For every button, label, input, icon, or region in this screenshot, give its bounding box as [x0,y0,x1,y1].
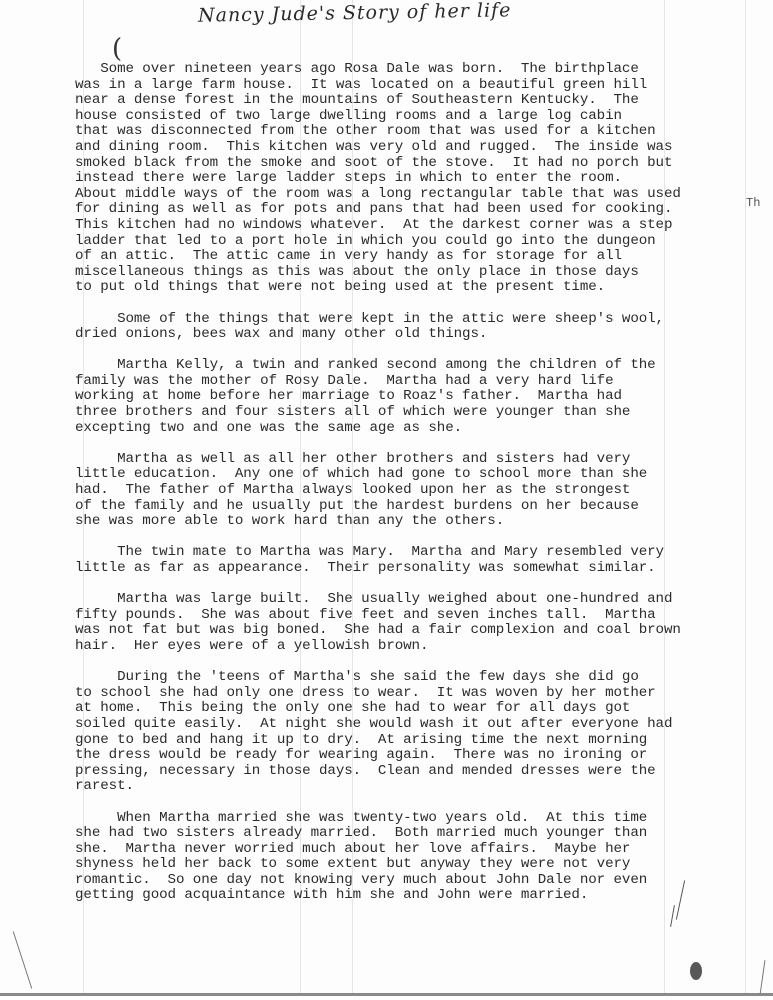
text-line: of the family and he usually put the har… [75,499,755,515]
handwritten-header: Nancy Jude's Story of her life [198,0,512,27]
text-line: excepting two and one was the same age a… [75,421,755,437]
text-line: house consisted of two large dwelling ro… [75,109,755,125]
ink-blot [690,962,702,980]
text-line: at home. This being the only one she had… [75,701,755,717]
text-line: The twin mate to Martha was Mary. Martha… [75,545,755,561]
text-line: for dining as well as for pots and pans … [75,202,755,218]
text-line: had. The father of Martha always looked … [75,483,755,499]
text-line: family was the mother of Rosy Dale. Mart… [75,374,755,390]
text-line: gone to bed and hang it up to dry. At ar… [75,733,755,749]
text-line: rarest. [75,779,755,795]
text-line: Martha was large built. She usually weig… [75,592,755,608]
scanned-page: Nancy Jude's Story of her life ( Th Some… [0,0,773,996]
page-bottom-edge [0,993,773,996]
text-line: ladder that led to a port hole in which … [75,234,755,250]
paragraph-4: Martha as well as all her other brothers… [75,452,755,530]
text-line: During the 'teens of Martha's she said t… [75,670,755,686]
text-line: pressing, necessary in those days. Clean… [75,764,755,780]
text-line: fifty pounds. She was about five feet an… [75,608,755,624]
text-line: Some of the things that were kept in the… [75,312,755,328]
text-line: Martha as well as all her other brothers… [75,452,755,468]
paragraph-2: Some of the things that were kept in the… [75,312,755,343]
text-line: of an attic. The attic came in very hand… [75,249,755,265]
text-line: Martha Kelly, a twin and ranked second a… [75,358,755,374]
text-line: she. Martha never worried much about her… [75,842,755,858]
text-line: was in a large farm house. It was locate… [75,78,755,94]
text-line: that was disconnected from the other roo… [75,124,755,140]
paragraph-5: The twin mate to Martha was Mary. Martha… [75,545,755,576]
text-line: to put old things that were not being us… [75,280,755,296]
paragraph-6: Martha was large built. She usually weig… [75,592,755,654]
text-line: miscellaneous things as this was about t… [75,265,755,281]
text-line: three brothers and four sisters all of w… [75,405,755,421]
text-line: smoked black from the smoke and soot of … [75,156,755,172]
text-line: working at home before her marriage to R… [75,389,755,405]
handwritten-bracket-mark: ( [112,34,122,64]
text-line: About middle ways of the room was a long… [75,187,755,203]
paragraph-8: When Martha married she was twenty-two y… [75,811,755,905]
text-line: she had two sisters already married. Bot… [75,826,755,842]
scan-artifact [760,960,766,995]
text-line: instead there were large ladder steps in… [75,171,755,187]
text-line: hair. Her eyes were of a yellowish brown… [75,639,755,655]
text-line: and dining room. This kitchen was very o… [75,140,755,156]
text-line: near a dense forest in the mountains of … [75,93,755,109]
text-line: This kitchen had no windows whatever. At… [75,218,755,234]
text-line: the dress would be ready for wearing aga… [75,748,755,764]
text-line: dried onions, bees wax and many other ol… [75,327,755,343]
scan-artifact [13,931,32,988]
text-line: little as far as appearance. Their perso… [75,561,755,577]
typewritten-body: Some over nineteen years ago Rosa Dale w… [75,62,755,920]
paragraph-1: Some over nineteen years ago Rosa Dale w… [75,62,755,296]
text-line: she was more able to work hard than any … [75,514,755,530]
text-line: to school she had only one dress to wear… [75,686,755,702]
paragraph-7: During the 'teens of Martha's she said t… [75,670,755,795]
text-line: shyness held her back to some extent but… [75,857,755,873]
text-line: romantic. So one day not knowing very mu… [75,873,755,889]
text-line: When Martha married she was twenty-two y… [75,811,755,827]
text-line: getting good acquaintance with him she a… [75,888,755,904]
text-line: Some over nineteen years ago Rosa Dale w… [75,62,755,78]
paragraph-3: Martha Kelly, a twin and ranked second a… [75,358,755,436]
text-line: soiled quite easily. At night she would … [75,717,755,733]
text-line: little education. Any one of which had g… [75,467,755,483]
text-line: was not fat but was big boned. She had a… [75,623,755,639]
